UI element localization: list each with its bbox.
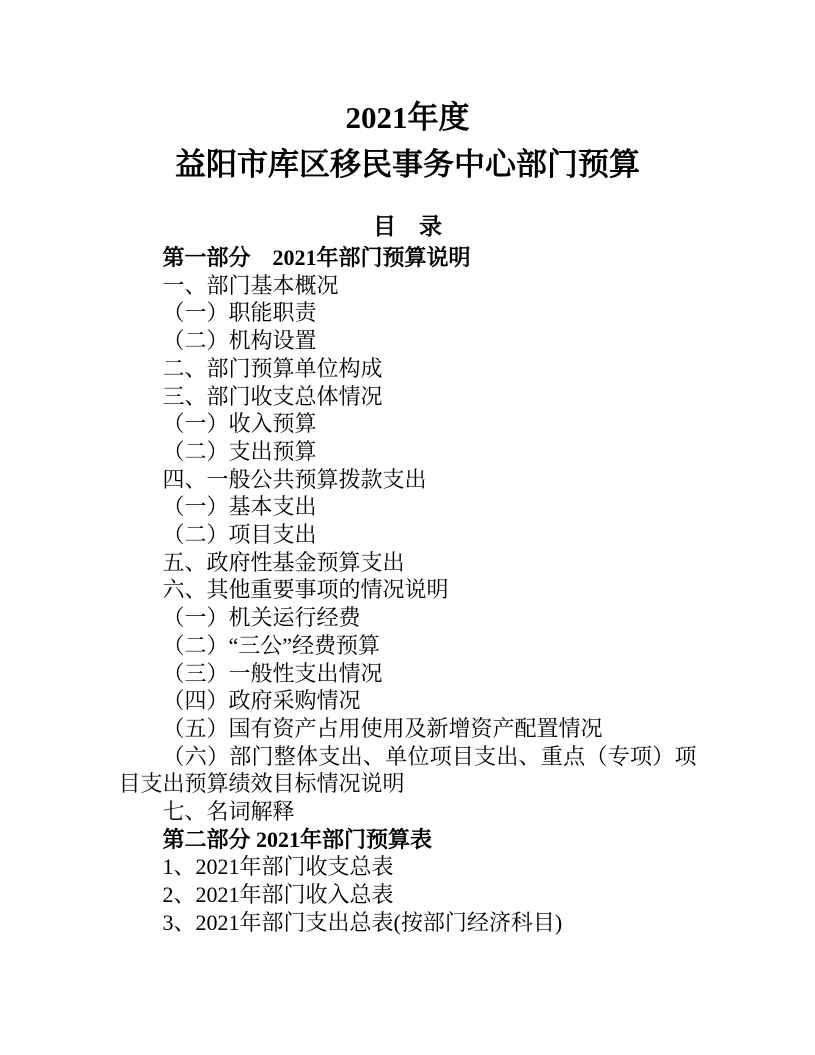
toc-item: （二）项目支出 [119, 521, 697, 549]
toc-item: （三）一般性支出情况 [119, 660, 697, 688]
toc-item: 七、名词解释 [119, 798, 697, 826]
toc-heading: 目 录 [119, 210, 697, 244]
toc-item: 三、部门收支总体情况 [119, 383, 697, 411]
toc-item: （二）“三公”经费预算 [119, 632, 697, 660]
document-title: 2021年度 益阳市库区移民事务中心部门预算 [119, 94, 697, 188]
toc-item: 一、部门基本概况 [119, 272, 697, 300]
toc-item: 六、其他重要事项的情况说明 [119, 576, 697, 604]
toc-list: 第一部分 2021年部门预算说明一、部门基本概况（一）职能职责（二）机构设置二、… [119, 244, 697, 937]
toc-item: （一）基本支出 [119, 493, 697, 521]
toc-item: 二、部门预算单位构成 [119, 355, 697, 383]
title-line-1: 2021年度 [119, 94, 697, 141]
toc-item: （一）职能职责 [119, 299, 697, 327]
toc-item: （五）国有资产占用使用及新增资产配置情况 [119, 715, 697, 743]
title-line-2: 益阳市库区移民事务中心部门预算 [119, 141, 697, 188]
toc-item: （四）政府采购情况 [119, 687, 697, 715]
toc-item: （二）支出预算 [119, 438, 697, 466]
toc-item: 1、2021年部门收支总表 [119, 853, 697, 881]
toc-item: （六）部门整体支出、单位项目支出、重点（专项）项目支出预算绩效目标情况说明 [119, 743, 697, 798]
toc-item: （二）机构设置 [119, 327, 697, 355]
toc-item: 3、2021年部门支出总表(按部门经济科目) [119, 909, 697, 937]
toc-item: 五、政府性基金预算支出 [119, 549, 697, 577]
toc-item: 第二部分 2021年部门预算表 [119, 826, 697, 854]
toc-item: 2、2021年部门收入总表 [119, 881, 697, 909]
document-page: 2021年度 益阳市库区移民事务中心部门预算 目 录 第一部分 2021年部门预… [119, 0, 697, 937]
toc-item: （一）机关运行经费 [119, 604, 697, 632]
toc-item: （一）收入预算 [119, 410, 697, 438]
toc-item: 四、一般公共预算拨款支出 [119, 466, 697, 494]
toc-item: 第一部分 2021年部门预算说明 [119, 244, 697, 272]
